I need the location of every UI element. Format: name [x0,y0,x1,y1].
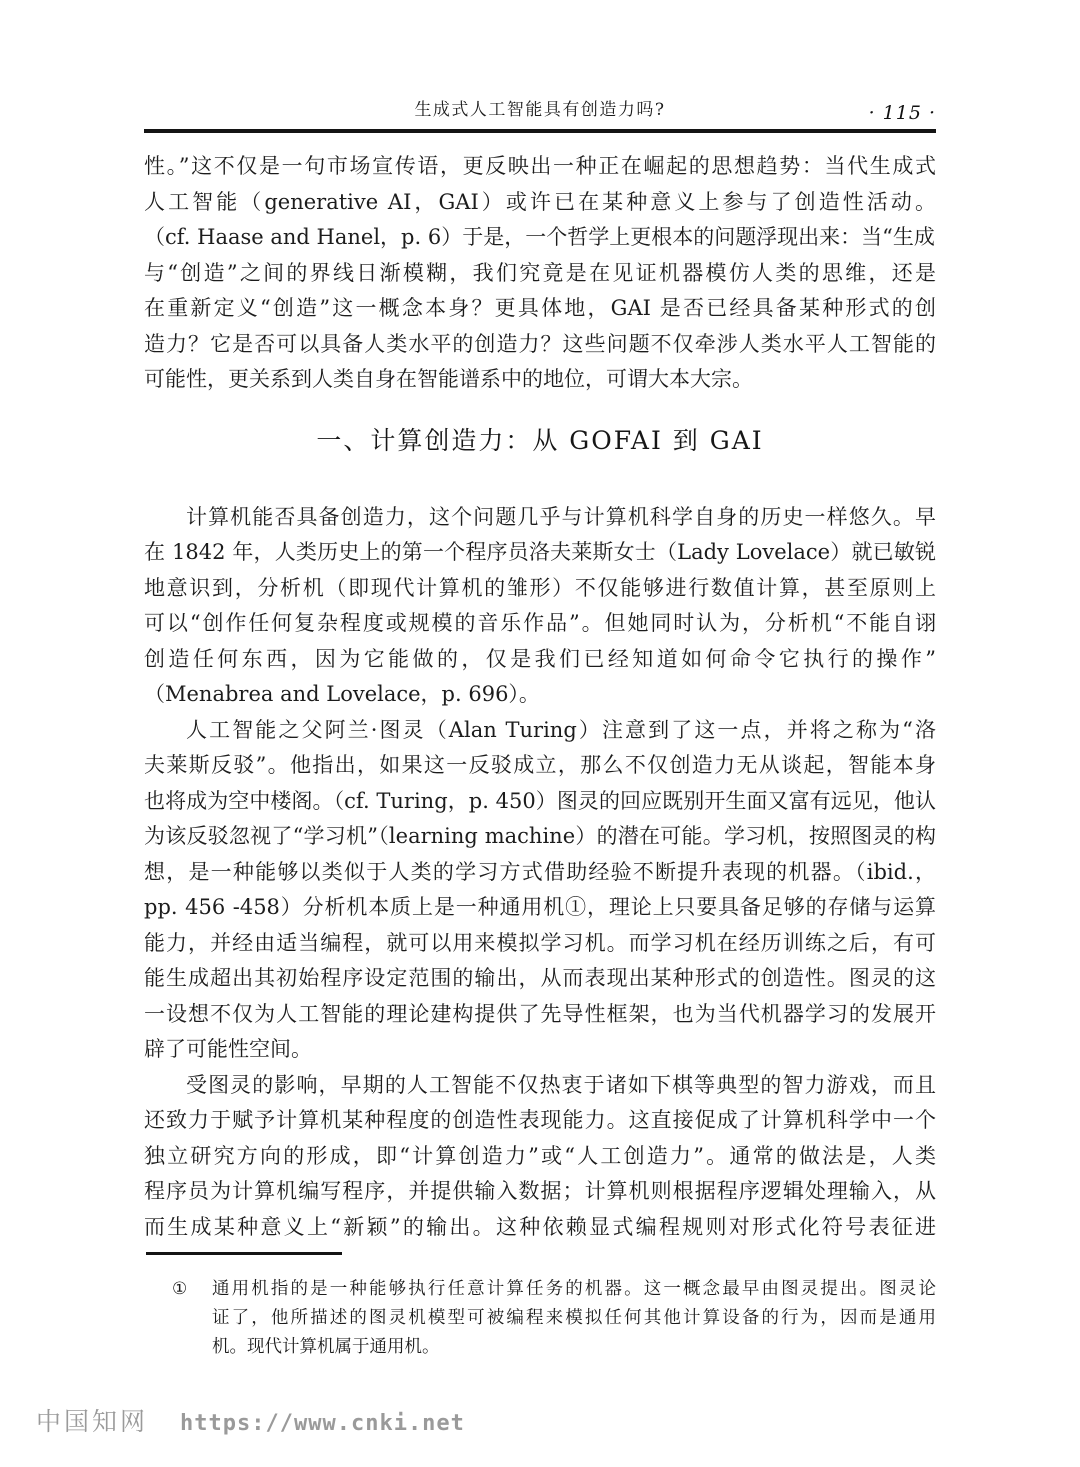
text-line: 人工智能（generative AI，GAI）或许已在某种意义上参与了创造性活动… [144,185,936,221]
paragraph-turing: 人工智能之父阿兰·图灵（Alan Turing）注意到了这一点，并将之称为“洛夫… [144,713,936,1068]
text-line: 独立研究方向的形成，即“计算创造力”或“人工创造力”。通常的做法是，人类 [144,1139,936,1175]
intro-paragraph: 性。”这不仅是一句市场宣传语，更反映出一种正在崛起的思想趋势：当代生成式人工智能… [144,149,936,398]
text-line: 程序员为计算机编写程序，并提供输入数据；计算机则根据程序逻辑处理输入，从 [144,1174,936,1210]
watermark-url: https://www.cnki.net [180,1411,465,1436]
text-line: 性。”这不仅是一句市场宣传语，更反映出一种正在崛起的思想趋势：当代生成式 [144,149,936,185]
running-title: 生成式人工智能具有创造力吗? [144,99,936,122]
footnote-marker: ① [172,1275,187,1304]
paragraph-lovelace: 计算机能否具备创造力，这个问题几乎与计算机科学自身的历史一样悠久。早在 1842… [144,500,936,713]
text-line: 还致力于赋予计算机某种程度的创造性表现能力。这直接促成了计算机科学中一个 [144,1103,936,1139]
text-line: 为该反驳忽视了“学习机”（learning machine）的潜在可能。学习机，… [144,819,936,855]
text-line: 能力，并经由适当编程，就可以用来模拟学习机。而学习机在经历训练之后，有可 [144,926,936,962]
text-line: 受图灵的影响，早期的人工智能不仅热衷于诸如下棋等典型的智力游戏，而且 [144,1068,936,1104]
text-line: pp. 456 -458）分析机本质上是一种通用机①，理论上只要具备足够的存储与… [144,890,936,926]
text-line: 地意识到，分析机（即现代计算机的雏形）不仅能够进行数值计算，甚至原则上 [144,571,936,607]
text-line: （cf. Haase and Hanel，p. 6）于是，一个哲学上更根本的问题… [144,220,936,256]
footnote-divider [146,1252,342,1255]
text-line: 人工智能之父阿兰·图灵（Alan Turing）注意到了这一点，并将之称为“洛 [144,713,936,749]
page-number: · 115 · [869,102,936,124]
cnki-watermark: 中国知网https://www.cnki.net [36,1402,465,1438]
page-header: 生成式人工智能具有创造力吗? · 115 · [144,0,936,122]
article-body: 性。”这不仅是一句市场宣传语，更反映出一种正在崛起的思想趋势：当代生成式人工智能… [144,149,936,1245]
journal-page: 生成式人工智能具有创造力吗? · 115 · 性。”这不仅是一句市场宣传语，更反… [0,0,1080,1467]
text-line: 可以“创作任何复杂程度或规模的音乐作品”。但她同时认为，分析机“不能自诩 [144,606,936,642]
text-line: 可能性，更关系到人类自身在智能谱系中的地位，可谓大本大宗。 [144,362,936,398]
text-line: 创造任何东西，因为它能做的，仅是我们已经知道如何命令它执行的操作” [144,642,936,678]
text-line: 证了，他所描述的图灵机模型可被编程来模拟任何其他计算设备的行为，因而是通用 [212,1304,936,1333]
text-line: （Menabrea and Lovelace，p. 696）。 [144,677,936,713]
footnote-area: ① 通用机指的是一种能够执行任意计算任务的机器。这一概念最早由图灵提出。图灵论证… [144,1252,936,1362]
text-line: 造力？它是否可以具备人类水平的创造力？这些问题不仅牵涉人类水平人工智能的 [144,327,936,363]
text-line: 机。现代计算机属于通用机。 [212,1333,936,1362]
text-line: 想，是一种能够以类似于人类的学习方式借助经验不断提升表现的机器。（ibid.， [144,855,936,891]
text-line: 在 1842 年，人类历史上的第一个程序员洛夫莱斯女士（Lady Lovelac… [144,535,936,571]
section-heading: 一、计算创造力：从 GOFAI 到 GAI [144,424,936,458]
text-line: 而生成某种意义上“新颖”的输出。这种依赖显式编程规则对形式化符号表征进 [144,1210,936,1246]
text-line: 能生成超出其初始程序设定范围的输出，从而表现出某种形式的创造性。图灵的这 [144,961,936,997]
text-line: 与“创造”之间的界线日渐模糊，我们究竟是在见证机器模仿人类的思维，还是 [144,256,936,292]
text-line: 计算机能否具备创造力，这个问题几乎与计算机科学自身的历史一样悠久。早 [144,500,936,536]
text-line: 通用机指的是一种能够执行任意计算任务的机器。这一概念最早由图灵提出。图灵论 [212,1275,936,1304]
text-line: 在重新定义“创造”这一概念本身？更具体地，GAI 是否已经具备某种形式的创 [144,291,936,327]
watermark-site-name: 中国知网 [36,1407,148,1436]
text-line: 也将成为空中楼阁。（cf. Turing，p. 450）图灵的回应既别开生面又富… [144,784,936,820]
footnote-text: 通用机指的是一种能够执行任意计算任务的机器。这一概念最早由图灵提出。图灵论证了，… [212,1275,936,1362]
text-line: 辟了可能性空间。 [144,1032,936,1068]
footnote: ① 通用机指的是一种能够执行任意计算任务的机器。这一概念最早由图灵提出。图灵论证… [144,1275,936,1362]
paragraph-computational-creativity: 受图灵的影响，早期的人工智能不仅热衷于诸如下棋等典型的智力游戏，而且还致力于赋予… [144,1068,936,1246]
text-line: 一设想不仅为人工智能的理论建构提供了先导性框架，也为当代机器学习的发展开 [144,997,936,1033]
text-line: 夫莱斯反驳”。他指出，如果这一反驳成立，那么不仅创造力无从谈起，智能本身 [144,748,936,784]
header-rule [144,129,936,133]
